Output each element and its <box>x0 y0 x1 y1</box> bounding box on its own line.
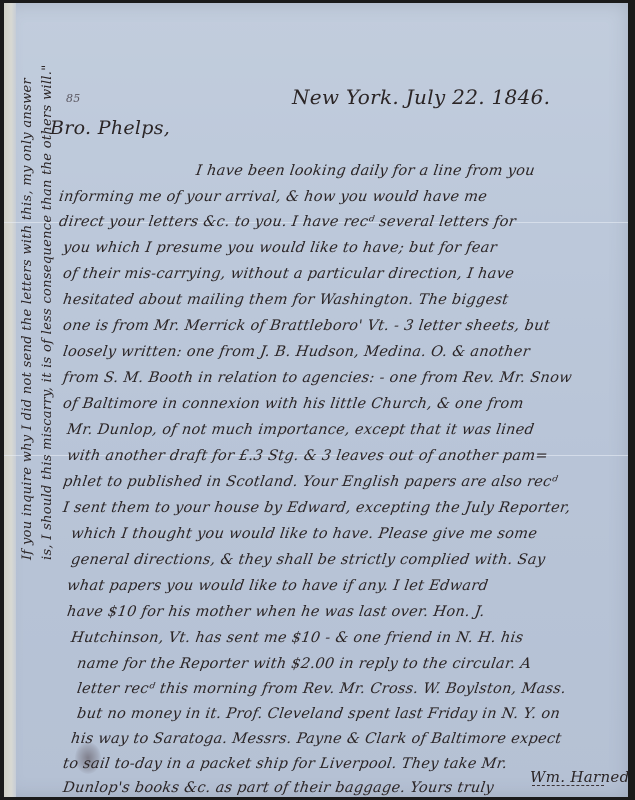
paper-edge <box>4 3 16 797</box>
letter-line: but no money in it. Prof. Cleveland spen… <box>76 706 561 722</box>
letter-line: hesitated about mailing them for Washing… <box>62 292 510 308</box>
margin-note-line: is, I should this miscarry, it is of les… <box>38 65 58 560</box>
letter-line: general directions, & they shall be stri… <box>70 552 546 568</box>
letter-line: what papers you would like to have if an… <box>66 578 489 594</box>
signature-flourish <box>532 783 604 786</box>
letter-line: loosely written: one from J. B. Hudson, … <box>62 344 531 360</box>
letter-line: to sail to-day in a packet ship for Live… <box>62 756 508 772</box>
letter-line: his way to Saratoga. Messrs. Payne & Cla… <box>70 731 563 747</box>
margin-note-line: If you inquire why I did not send the le… <box>18 65 38 560</box>
letter-line: from S. M. Booth in relation to agencies… <box>62 370 573 386</box>
margin-note: If you inquire why I did not send the le… <box>18 65 58 560</box>
letter-line: direct your letters &c. to you. I have r… <box>58 214 517 230</box>
letter-line: which I thought you would like to have. … <box>70 526 538 542</box>
letter-line: one is from Mr. Merrick of Brattleboro' … <box>62 318 551 334</box>
letter-line: I sent them to your house by Edward, exc… <box>62 500 572 516</box>
letter-line: Hutchinson, Vt. has sent me $10 - & one … <box>70 630 524 646</box>
letter-line: I have been looking daily for a line fro… <box>195 163 536 179</box>
salutation: Bro. Phelps, <box>50 117 170 139</box>
letter-line: Dunlop's books &c. as part of their bagg… <box>62 780 495 796</box>
letter-line: Mr. Dunlop, of not much importance, exce… <box>66 422 535 438</box>
letter-line: have $10 for his mother when he was last… <box>66 604 486 620</box>
letter-line: with another draft for £.3 Stg. & 3 leav… <box>66 448 549 464</box>
letter-line: informing me of your arrival, & how you … <box>58 189 488 205</box>
dateline: New York. July 22. 1846. <box>292 85 550 109</box>
letter-line: phlet to published in Scotland. Your Eng… <box>62 474 559 490</box>
letter-line: you which I presume you would like to ha… <box>62 240 498 256</box>
letter-line: of Baltimore in connexion with his littl… <box>62 396 525 412</box>
letter-line: letter recᵈ this morning from Rev. Mr. C… <box>76 681 567 697</box>
letter-line: name for the Reporter with $2.00 in repl… <box>76 656 532 672</box>
folio-number: 85 <box>66 92 81 105</box>
letter-line: of their mis-carrying, without a particu… <box>62 266 515 282</box>
